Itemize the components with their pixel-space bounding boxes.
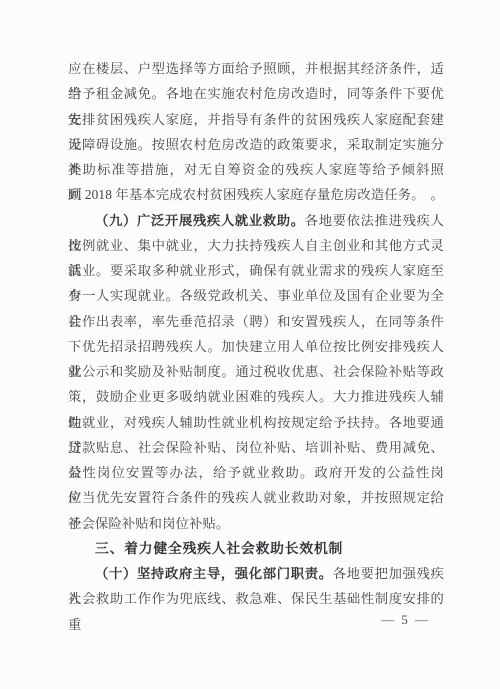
text-line: 益性岗位安置等办法，给予就业救助。政府开发的公益性岗位， bbox=[68, 460, 444, 485]
text-line: 性就业，对残疾人辅助性就业机构按规定给予扶持。各地要通过 bbox=[68, 410, 444, 435]
text-line: 社会救助工作作为兜底线、救急难、保民生基础性制度安排的重 bbox=[68, 586, 444, 611]
text-line: 社会保险补贴和岗位补贴。 bbox=[68, 511, 444, 536]
section-heading-text: 三、着力健全残疾人社会救助长效机制 bbox=[95, 541, 343, 556]
document-page: 应在楼层、户型选择等方面给予照顾，并根据其经济条件，适当 给予租金减免。各地在实… bbox=[0, 0, 500, 689]
subsection-title: （九）广泛开展残疾人就业救助。 bbox=[95, 213, 305, 228]
text-line: 应当优先安置符合条件的残疾人就业救助对象，并按照规定给予 bbox=[68, 485, 444, 510]
text-line-content: 社会保险补贴和岗位补贴。 bbox=[68, 516, 229, 531]
text-line: 策，鼓励企业更多吸纳就业困难的残疾人。大力推进残疾人辅助 bbox=[68, 384, 444, 409]
text-line-content: 到 2018 年基本完成农村贫困残疾人家庭存量危房改造任务。 bbox=[68, 187, 425, 202]
subsection-title: （十）坚持政府主导，强化部门职责。 bbox=[95, 566, 333, 581]
text-line: （九）广泛开展残疾人就业救助。各地要依法推进残疾人按 bbox=[68, 208, 444, 233]
text-line: 到 2018 年基本完成农村贫困残疾人家庭存量危房改造任务。 bbox=[68, 182, 444, 207]
page-number: — 5 — bbox=[381, 611, 430, 629]
text-line: 贷款贴息、社会保险补贴、岗位补贴、培训补贴、费用减免、公 bbox=[68, 435, 444, 460]
text-line: 应在楼层、户型选择等方面给予照顾，并根据其经济条件，适当 bbox=[68, 56, 444, 81]
document-body: 应在楼层、户型选择等方面给予照顾，并根据其经济条件，适当 给予租金减免。各地在实… bbox=[68, 56, 444, 612]
text-line: 就业。要采取多种就业形式，确保有就业需求的残疾人家庭至少 bbox=[68, 258, 444, 283]
text-line: （十）坚持政府主导，强化部门职责。各地要把加强残疾人 bbox=[68, 561, 444, 586]
text-line: 安排贫困残疾人家庭，并指导有条件的贫困残疾人家庭配套建设 bbox=[68, 107, 444, 132]
text-line: 有一人实现就业。各级党政机关、事业单位及国有企业要为全社 bbox=[68, 283, 444, 308]
text-line: 补助标准等措施，对无自筹资金的残疾人家庭等给予倾斜照顾。 bbox=[68, 157, 444, 182]
text-line: 比例就业、集中就业，大力扶持残疾人自主创业和其他方式灵活 bbox=[68, 233, 444, 258]
text-line: 会作出表率，率先垂范招录（聘）和安置残疾人，在同等条件 bbox=[68, 309, 444, 334]
text-line: 下优先招录招聘残疾人。加快建立用人单位按比例安排残疾人就 bbox=[68, 334, 444, 359]
text-line: 业公示和奖励及补贴制度。通过税收优惠、社会保险补贴等政 bbox=[68, 359, 444, 384]
text-line-content: 会作出表率，率先垂范招录（聘）和安置残疾人，在同等条件 bbox=[68, 314, 444, 329]
section-heading: 三、着力健全残疾人社会救助长效机制 bbox=[68, 536, 444, 561]
text-line: 给予租金减免。各地在实施农村危房改造时，同等条件下要优先 bbox=[68, 81, 444, 106]
text-line-content: 业公示和奖励及补贴制度。通过税收优惠、社会保险补贴等政 bbox=[68, 364, 444, 379]
text-line: 无障碍设施。按照农村危房改造的政策要求，采取制定实施分类 bbox=[68, 132, 444, 157]
